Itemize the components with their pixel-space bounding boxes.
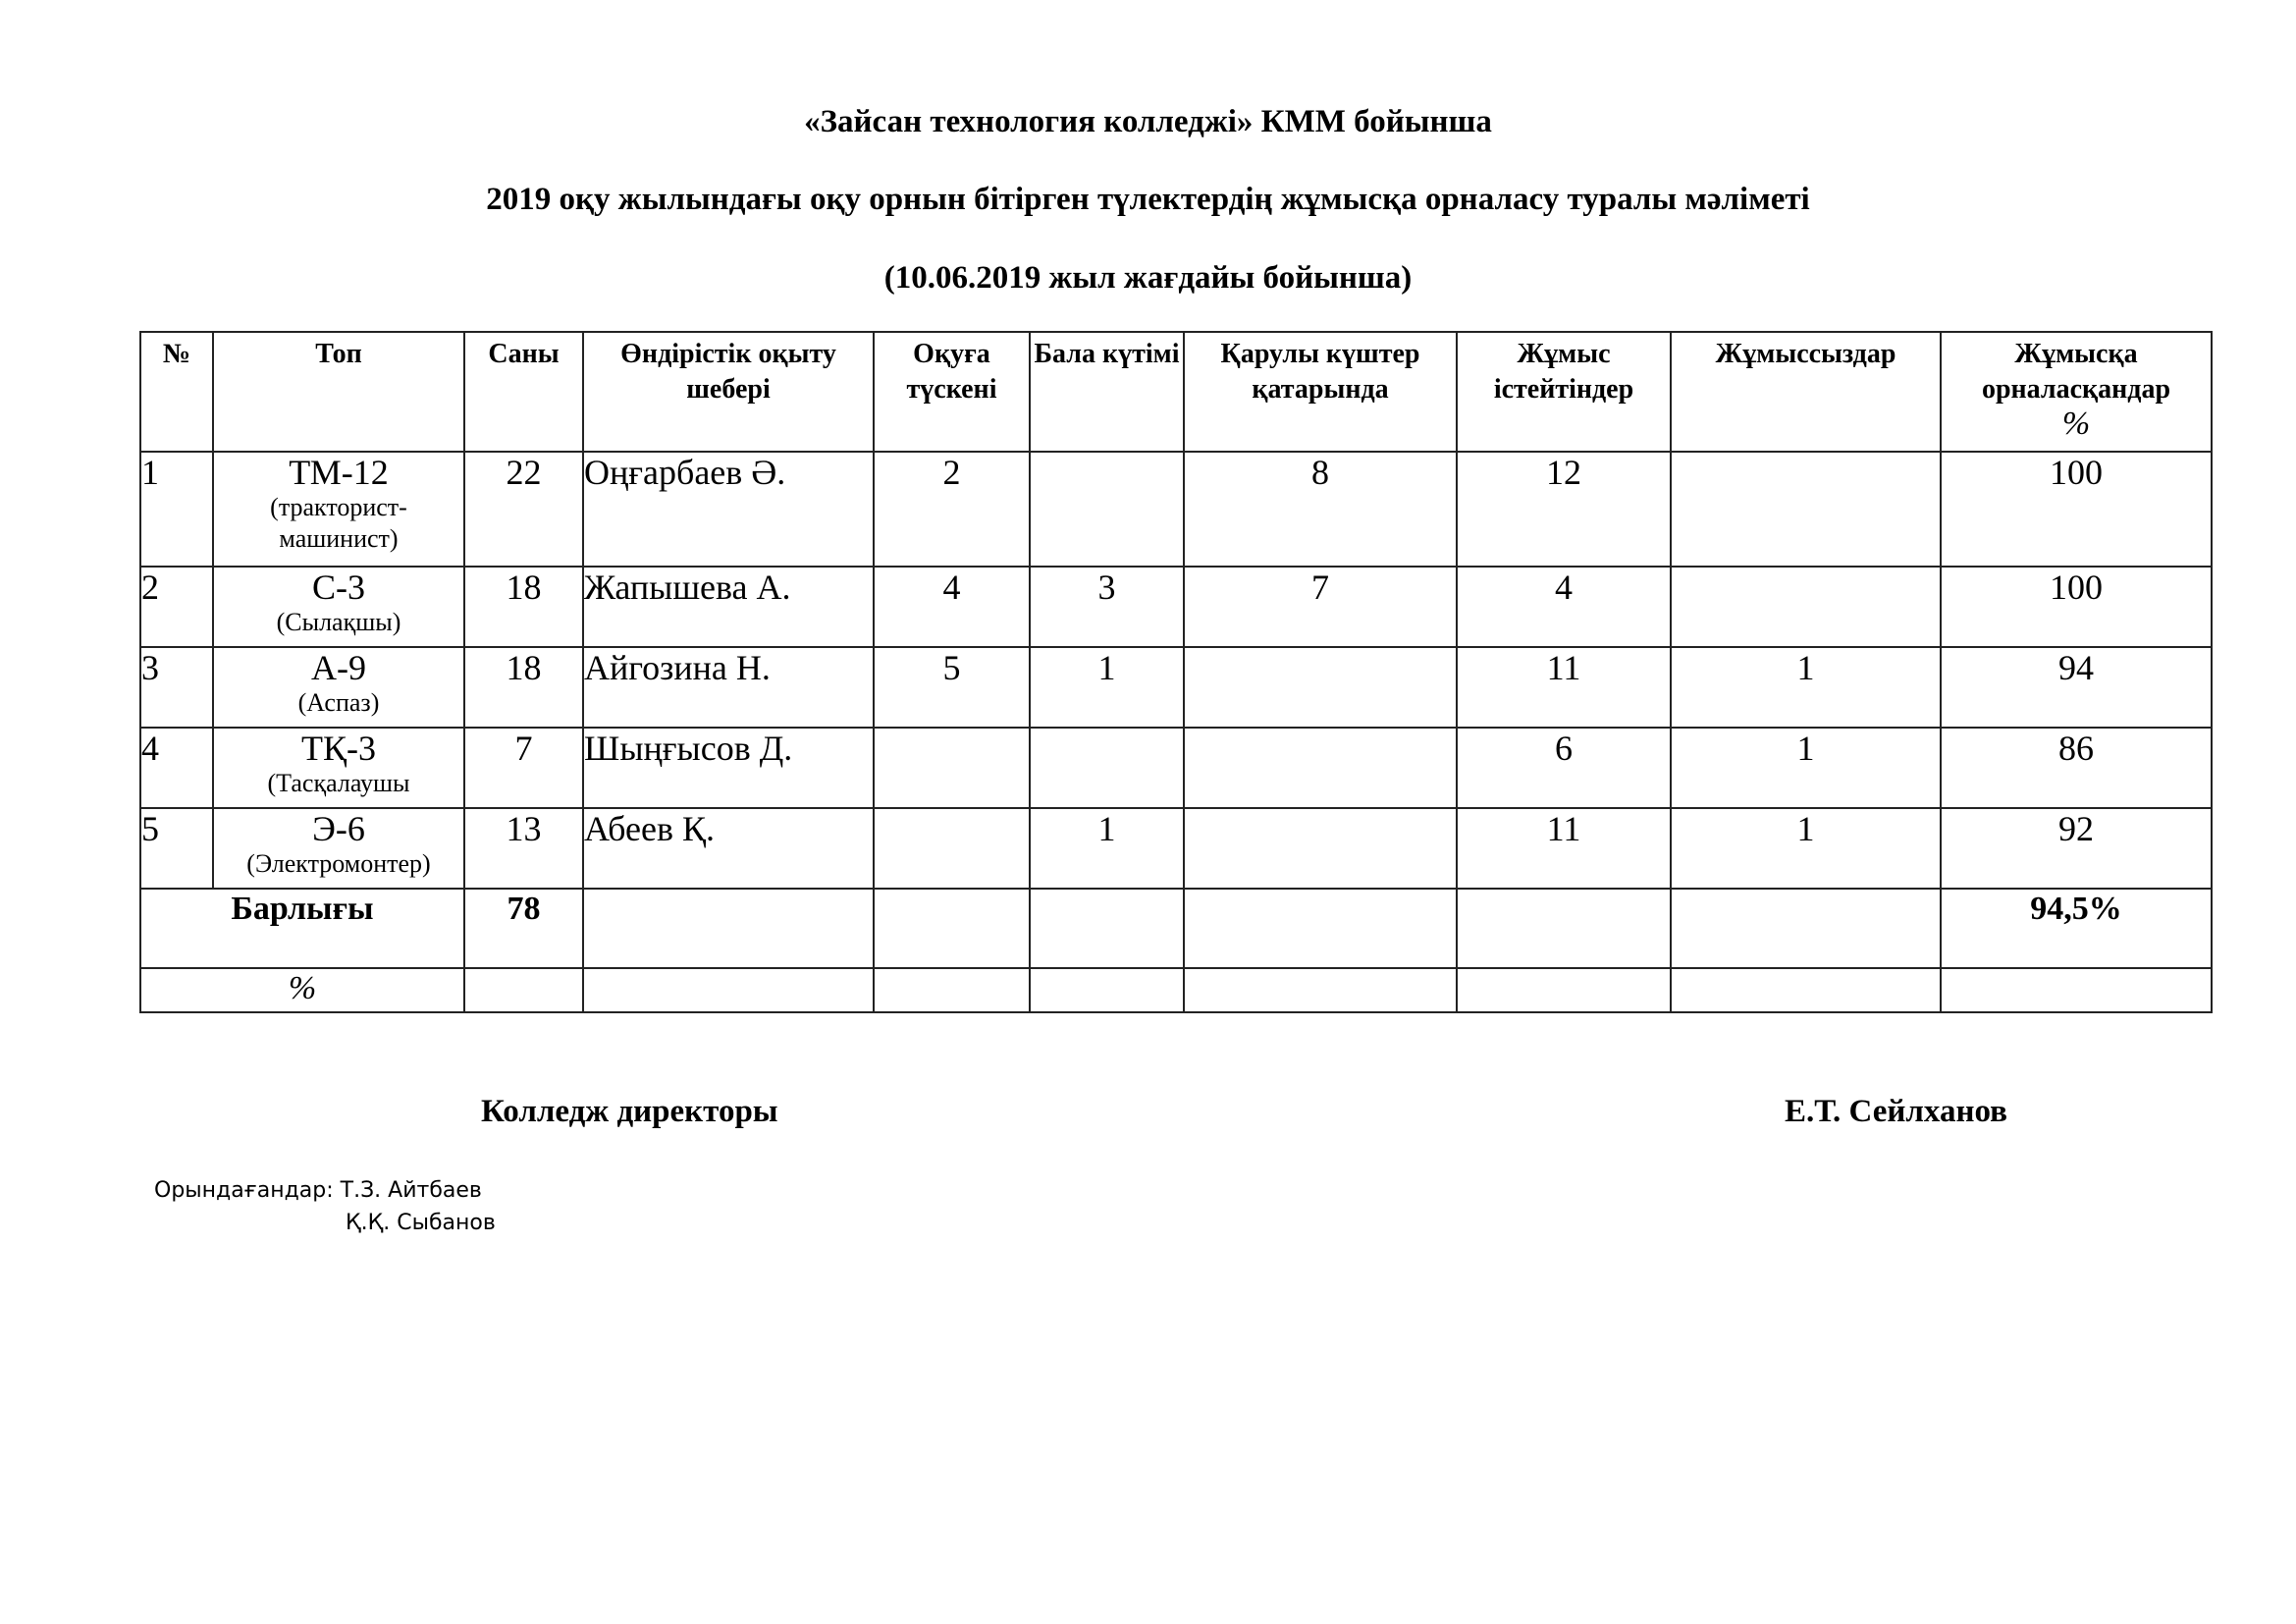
group-code: ТМ-12: [214, 453, 463, 492]
row-army: 8: [1184, 452, 1457, 567]
row-working: 4: [1457, 567, 1671, 647]
header-number: №: [140, 332, 213, 452]
row-army: [1184, 728, 1457, 808]
row-working: 11: [1457, 647, 1671, 728]
table-row: 2С-3(Сылақшы)18Жапышева А.4374100: [140, 567, 2212, 647]
row-working: 6: [1457, 728, 1671, 808]
row-group: ТҚ-3(Тасқалаушы: [213, 728, 464, 808]
row-childcare: 1: [1030, 808, 1184, 889]
row-army: [1184, 808, 1457, 889]
header-childcare: Бала күтімі: [1030, 332, 1184, 452]
employment-report-table: № Топ Саны Өндірістік оқыту шебері Оқуға…: [139, 331, 2213, 1013]
row-number: 5: [140, 808, 213, 889]
row-working: 11: [1457, 808, 1671, 889]
row-employed-pct: 94: [1941, 647, 2212, 728]
row-childcare: 3: [1030, 567, 1184, 647]
row-unemployed: [1671, 452, 1941, 567]
table-row: 4ТҚ-3(Тасқалаушы7Шыңғысов Д.6186: [140, 728, 2212, 808]
group-code: Э-6: [214, 809, 463, 848]
row-master: Оңғарбаев Ә.: [583, 452, 874, 567]
header-unemployed: Жұмыссыздар: [1671, 332, 1941, 452]
row-number: 4: [140, 728, 213, 808]
group-profession: (Тасқалаушы: [214, 768, 463, 799]
row-unemployed: 1: [1671, 728, 1941, 808]
document-title-college: «Зайсан технология колледжі» КММ бойынша: [0, 102, 2296, 141]
group-code: С-3: [214, 568, 463, 607]
row-employed-pct: 92: [1941, 808, 2212, 889]
percent-row-label: %: [140, 968, 464, 1012]
total-count: 78: [464, 889, 583, 968]
row-childcare: [1030, 728, 1184, 808]
header-count: Саны: [464, 332, 583, 452]
percent-symbol: %: [1942, 407, 2211, 441]
row-group: Э-6(Электромонтер): [213, 808, 464, 889]
total-label: Барлығы: [140, 889, 464, 968]
row-count: 18: [464, 567, 583, 647]
row-employed-pct: 100: [1941, 452, 2212, 567]
row-study: 5: [874, 647, 1030, 728]
document-title-subject: 2019 оқу жылындағы оқу орнын бітірген тү…: [0, 180, 2296, 219]
row-master: Абеев Қ.: [583, 808, 874, 889]
table-row: 1ТМ-12(тракторист-машинист)22Оңғарбаев Ә…: [140, 452, 2212, 567]
row-number: 1: [140, 452, 213, 567]
row-master: Шыңғысов Д.: [583, 728, 874, 808]
row-working: 12: [1457, 452, 1671, 567]
document-title-date: (10.06.2019 жыл жағдайы бойынша): [0, 258, 2296, 298]
total-row: Барлығы 78 94,5%: [140, 889, 2212, 968]
row-count: 18: [464, 647, 583, 728]
group-code: ТҚ-3: [214, 729, 463, 768]
header-group: Топ: [213, 332, 464, 452]
row-childcare: [1030, 452, 1184, 567]
row-army: [1184, 647, 1457, 728]
header-master: Өндірістік оқыту шебері: [583, 332, 874, 452]
row-number: 2: [140, 567, 213, 647]
header-working: Жұмыс істейтіндер: [1457, 332, 1671, 452]
row-unemployed: 1: [1671, 647, 1941, 728]
row-group: А-9(Аспаз): [213, 647, 464, 728]
percent-row: %: [140, 968, 2212, 1012]
table-row: 3А-9(Аспаз)18Айгозина Н.5111194: [140, 647, 2212, 728]
row-master: Жапышева А.: [583, 567, 874, 647]
total-employed-pct: 94,5%: [1941, 889, 2212, 968]
group-profession: (Аспаз): [214, 687, 463, 719]
group-profession: (тракторист-машинист): [214, 492, 463, 555]
group-code: А-9: [214, 648, 463, 687]
header-study: Оқуға түскені: [874, 332, 1030, 452]
row-employed-pct: 100: [1941, 567, 2212, 647]
row-group: ТМ-12(тракторист-машинист): [213, 452, 464, 567]
row-employed-pct: 86: [1941, 728, 2212, 808]
row-study: 4: [874, 567, 1030, 647]
performers-line-2: Қ.Қ. Сыбанов: [154, 1207, 496, 1239]
row-count: 13: [464, 808, 583, 889]
row-unemployed: 1: [1671, 808, 1941, 889]
group-profession: (Электромонтер): [214, 848, 463, 880]
row-study: [874, 808, 1030, 889]
director-title: Колледж директоры: [481, 1094, 778, 1130]
row-group: С-3(Сылақшы): [213, 567, 464, 647]
performers-line-1: Орындағандар: Т.З. Айтбаев: [154, 1178, 482, 1203]
row-count: 7: [464, 728, 583, 808]
row-army: 7: [1184, 567, 1457, 647]
table-row: 5Э-6(Электромонтер)13Абеев Қ.111192: [140, 808, 2212, 889]
performers-block: Орындағандар: Т.З. Айтбаев Қ.Қ. Сыбанов: [154, 1174, 496, 1239]
director-name: Е.Т. Сейлханов: [1785, 1094, 2007, 1130]
group-profession: (Сылақшы): [214, 607, 463, 638]
row-childcare: 1: [1030, 647, 1184, 728]
row-study: [874, 728, 1030, 808]
table-header-row: № Топ Саны Өндірістік оқыту шебері Оқуға…: [140, 332, 2212, 452]
row-number: 3: [140, 647, 213, 728]
row-study: 2: [874, 452, 1030, 567]
header-employed-label: Жұмысқа орналасқандар: [1982, 339, 2170, 405]
header-army: Қарулы күштер қатарында: [1184, 332, 1457, 452]
row-count: 22: [464, 452, 583, 567]
row-unemployed: [1671, 567, 1941, 647]
header-employed-pct: Жұмысқа орналасқандар %: [1941, 332, 2212, 452]
row-master: Айгозина Н.: [583, 647, 874, 728]
